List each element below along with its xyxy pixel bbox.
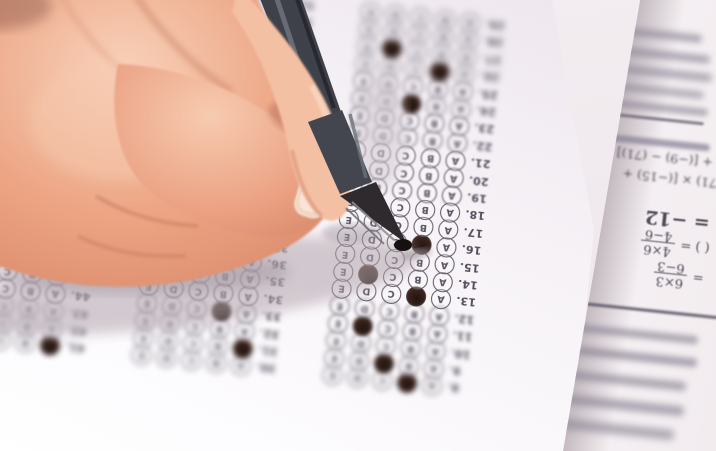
question-number: 22. [472,138,507,154]
answer-bubble-57-C: C [18,52,40,74]
question-number: 16. [461,242,496,258]
math-equals: = [692,269,704,285]
answer-bubble-56-B: B [41,72,63,94]
answer-bubble-60-C: C [24,0,46,22]
answer-bubble-59-A: A [72,23,94,45]
answer-bubble-57-A: A [68,58,90,80]
question-number: 36. [266,257,301,273]
question-number: 37. [268,240,303,256]
answer-bubble-51-C: C [218,0,240,8]
question-number: 61. [101,0,136,11]
answer-bubble-29-C: C [409,6,431,28]
question-number: 50. [81,185,116,201]
question-number: 43. [68,306,103,322]
answer-bubble-61-D: D [1,0,23,3]
question-number: 10. [450,346,485,362]
question-number: 45. [282,101,317,117]
answer-bubble-29-B: B [434,9,456,31]
question-number: 14. [457,277,492,293]
bubble-grid: 8.ABCDE9.ABCDE10.ABCDE11.ABCDE12.ABCDE13… [0,0,528,407]
question-number: 17. [463,225,498,241]
answer-bubble-60-A: A [74,6,96,28]
question-number: 35. [264,274,299,290]
question-number: 34. [262,291,297,307]
question-row-61: 61.ABCDE [0,0,136,13]
answer-bubble-61-A: A [75,0,97,10]
answer-bubble-29-E: E [360,1,382,23]
question-number: 23. [473,121,508,137]
answer-bubble-58-A: A [70,40,92,62]
question-number: 28. [483,35,518,51]
answer-bubble-57-D: D [0,50,15,72]
answer-bubble-59-D: D [0,15,19,37]
question-number: 27. [481,52,516,68]
answer-bubble-29-D: D [385,3,407,25]
question-number: 52. [84,150,119,166]
question-number: 45. [72,271,107,287]
answer-bubble-61-C: C [26,0,48,5]
answer-bubble-59-B: B [47,20,69,42]
answer-bubble-59-C: C [22,18,44,40]
question-number: 56. [92,81,127,97]
question-number: 21. [470,156,505,172]
question-number: 54. [88,116,123,132]
question-number: 46. [73,254,108,270]
question-number: 50. [292,15,327,31]
answer-bubble-61-B: B [51,0,73,8]
question-number: 40. [273,188,308,204]
answer-bubble-29-A: A [459,11,481,33]
answer-bubble-51-E: E [169,0,191,3]
question-number: 58. [95,46,130,62]
question-number: 20. [468,173,503,189]
question-number: 44. [70,289,105,305]
question-number: 32. [259,326,294,342]
question-number: 19. [466,190,501,206]
question-number: 38. [270,222,305,238]
question-number: 39. [272,205,307,221]
question-number: 59. [97,29,132,45]
question-number: 11. [452,329,487,345]
question-number: 53. [86,133,121,149]
question-number: 24. [475,104,510,120]
question-row-58: 58.ABCDE [0,31,131,66]
question-number: 15. [459,260,494,276]
question-number: 46. [284,84,319,100]
fraction-denominator: 6−3 [654,258,689,275]
answer-bubble-55-C: C [15,87,37,109]
question-number: 49. [290,32,325,48]
question-number: 51. [293,0,328,14]
question-number: 9. [448,363,483,379]
question-number: 12. [453,312,488,328]
answer-bubble-55-D: D [0,84,12,106]
fraction: 6×36−3 [652,258,688,290]
answer-bubble-60-B: B [49,3,71,25]
question-number: 31. [257,343,292,359]
question-number: 47. [75,237,110,253]
question-number: 29. [484,17,519,33]
question-number: 47. [286,66,321,82]
answer-bubble-50-E: E [167,0,189,20]
answer-bubble-58-D: D [0,32,17,54]
question-number: 43. [279,136,314,152]
math-equals: ( ) = [680,237,711,255]
photo-scene: 8.ABCDE9.ABCDE10.ABCDE11.ABCDE12.ABCDE13… [0,0,716,451]
question-number: 57. [93,64,128,80]
question-number: 41. [64,341,99,357]
question-number: 30. [255,361,290,377]
question-number: 48. [77,219,112,235]
question-number: 25. [477,87,512,103]
question-row-60: 60.ABCDE [0,0,134,31]
question-number: 44. [281,118,316,134]
question-number: 41. [275,170,310,186]
question-number: 8. [446,381,481,397]
answer-bubble-56-D: D [0,67,14,89]
fraction: 4×64−6 [640,226,676,258]
answer-bubble-51-D: D [194,0,216,5]
question-number: 18. [464,208,499,224]
question-number: 42. [277,153,312,169]
question-number: 49. [79,202,114,218]
answer-bubble-56-C: C [17,70,39,92]
question-number: 33. [261,309,296,325]
answer-bubble-57-B: B [43,55,65,77]
answer-bubble-50-D: D [192,1,214,23]
answer-bubble-60-D: D [0,0,21,20]
question-number: 60. [99,12,134,28]
fraction-denominator: 4−6 [641,226,676,243]
question-number: 42. [66,323,101,339]
question-row-59: 59.ABCDE [0,14,132,49]
answer-bubble-58-C: C [20,35,42,57]
answer-bubble-58-B: B [45,38,67,60]
question-number: 55. [90,98,125,114]
question-number: 48. [288,49,323,65]
answer-bubble-54-D: D [0,102,10,124]
question-number: 51. [82,168,117,184]
question-number: 26. [479,69,514,85]
question-number: 13. [455,294,490,310]
question-row-57: 57.ABCDE [0,48,129,83]
answer-bubble-49-E: E [165,15,187,37]
